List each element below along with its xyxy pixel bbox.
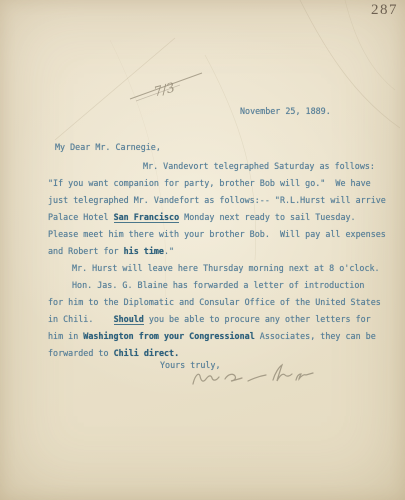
letter-text-segment: his time xyxy=(124,246,164,256)
letter-text-segment: Please meet him there with your brother … xyxy=(48,229,386,239)
letter-text-segment: ." xyxy=(164,246,174,256)
letter-text-segment: Washington from your Congressional xyxy=(83,331,254,341)
letter-line: him in Washington from your Congressiona… xyxy=(48,328,400,345)
letter-line: Hon. Jas. G. Blaine has forwarded a lett… xyxy=(48,277,400,294)
letter-text-segment: for him to the Diplomatic and Consular O… xyxy=(48,297,381,307)
letter-text-segment: Monday next ready to sail Tuesday. xyxy=(179,212,355,222)
letter-text-segment: "If you want companion for party, brothe… xyxy=(48,178,371,188)
letter-text-segment: Associates, they can be xyxy=(255,331,376,341)
letter-line: "If you want companion for party, brothe… xyxy=(48,175,400,192)
letter-text-segment: Mr. Vandevort telegraphed Saturday as fo… xyxy=(143,161,375,171)
letter-text-segment: forwarded to xyxy=(48,348,114,358)
letter-text-segment: him in xyxy=(48,331,83,341)
letter-line: Mr. Hurst will leave here Thursday morni… xyxy=(48,260,400,277)
letter-line: Mr. Vandevort telegraphed Saturday as fo… xyxy=(48,158,400,175)
letter-line: for him to the Diplomatic and Consular O… xyxy=(48,294,400,311)
letter-line: and Robert for his time." xyxy=(48,243,400,260)
letter-text-segment: Hon. Jas. G. Blaine has forwarded a lett… xyxy=(72,280,364,290)
letter-date: November 25, 1889. xyxy=(240,106,331,116)
pencil-note-text: 7/3 xyxy=(153,81,177,101)
signature-handwriting xyxy=(185,360,335,400)
page-number: 287 xyxy=(371,2,398,19)
letter-body: Mr. Vandevort telegraphed Saturday as fo… xyxy=(48,158,400,362)
scanned-letter-page: 287 7/3 November 25, 1889. My Dear Mr. C… xyxy=(0,0,405,500)
letter-text-segment: in Chili. xyxy=(48,314,114,324)
letter-salutation: My Dear Mr. Carnegie, xyxy=(55,142,161,152)
letter-text-segment: and Robert for xyxy=(48,246,124,256)
letter-text-segment: Palace Hotel xyxy=(48,212,114,222)
letter-line: Palace Hotel San Francisco Monday next r… xyxy=(48,209,400,226)
letter-text-segment: Should xyxy=(114,314,144,325)
letter-line: Please meet him there with your brother … xyxy=(48,226,400,243)
letter-line: in Chili. Should you be able to procure … xyxy=(48,311,400,328)
letter-text-segment: Chili direct. xyxy=(114,348,180,358)
letter-text-segment: you be able to procure any other letters… xyxy=(144,314,371,324)
letter-text-segment: just telegraphed Mr. Vandefort as follow… xyxy=(48,195,386,205)
letter-text-segment: San Francisco xyxy=(114,212,180,223)
letter-line: just telegraphed Mr. Vandefort as follow… xyxy=(48,192,400,209)
pencil-scribble: 7/3 xyxy=(122,68,212,108)
letter-text-segment: Mr. Hurst will leave here Thursday morni… xyxy=(72,263,380,273)
